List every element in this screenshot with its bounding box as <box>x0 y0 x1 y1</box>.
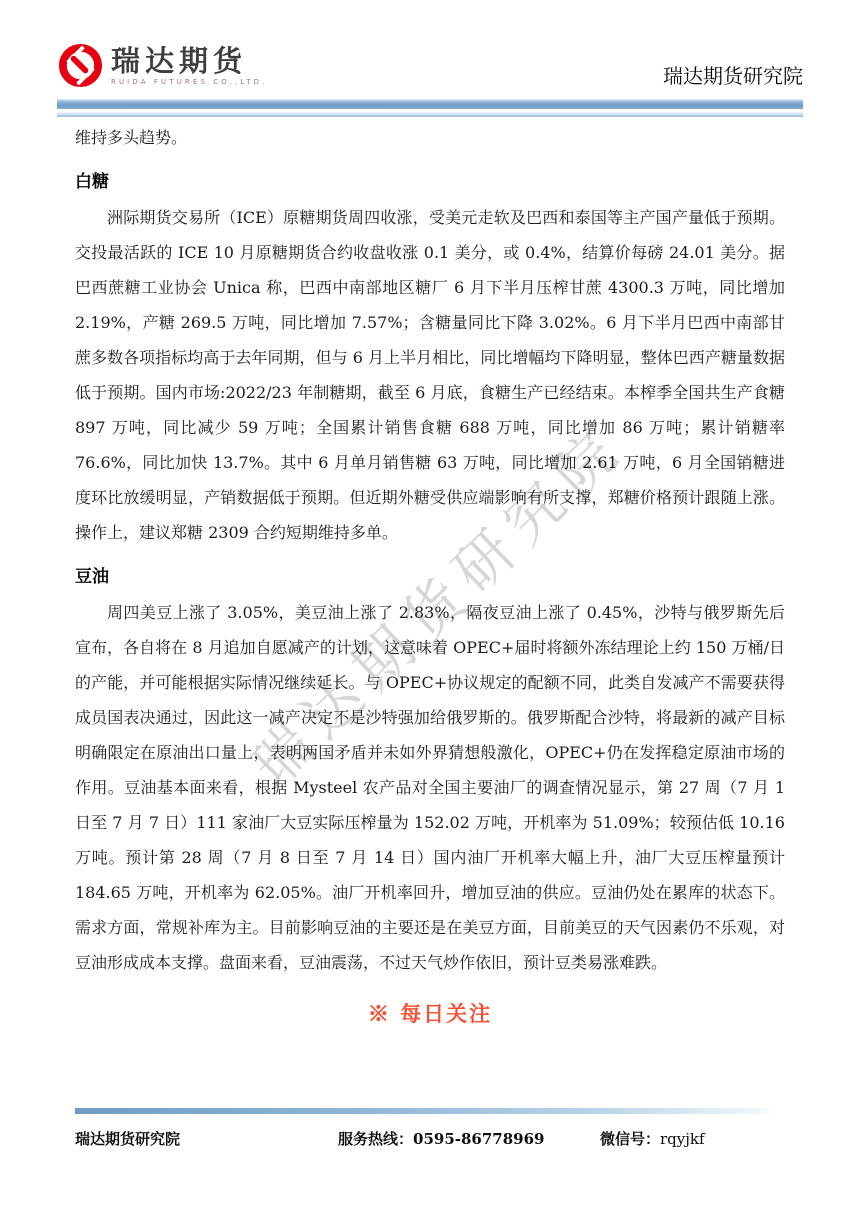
logo-brand-text: 瑞达期货 <box>111 45 267 77</box>
footer-institute: 瑞达期货研究院 <box>75 1124 180 1154</box>
ruida-logo-icon <box>57 42 104 89</box>
logo-subtitle-text: RUIDA FUTURES CO.,LTD. <box>111 78 267 86</box>
footer-hotline-number: 0595-86778969 <box>413 1130 544 1148</box>
header-institute-title: 瑞达期货研究院 <box>663 64 803 88</box>
section-heading-soybean-oil: 豆油 <box>75 560 785 595</box>
company-logo: 瑞达期货 RUIDA FUTURES CO.,LTD. <box>57 42 267 89</box>
section-paragraph-soybean-oil: 周四美豆上涨了 3.05%，美豆油上涨了 2.83%，隔夜豆油上涨了 0.45%… <box>75 595 785 980</box>
footer-wechat: 微信号：rqyjkf <box>600 1124 705 1154</box>
footer-wechat-id: rqyjkf <box>660 1130 705 1148</box>
document-page: 瑞达期货 RUIDA FUTURES CO.,LTD. 瑞达期货研究院 瑞达期货… <box>0 0 860 1217</box>
footer-wechat-label: 微信号： <box>600 1130 660 1148</box>
report-body: 维持多头趋势。 白糖 洲际期货交易所（ICE）原糖期货周四收涨，受美元走软及巴西… <box>75 120 785 1031</box>
logo-text-stack: 瑞达期货 RUIDA FUTURES CO.,LTD. <box>111 45 267 86</box>
page-footer: 瑞达期货研究院 服务热线：0595-86778969 微信号：rqyjkf <box>0 1124 860 1154</box>
intro-continuation-line: 维持多头趋势。 <box>75 120 785 155</box>
section-paragraph-sugar: 洲际期货交易所（ICE）原糖期货周四收涨，受美元走软及巴西和泰国等主产国产量低于… <box>75 200 785 550</box>
footer-hotline-label: 服务热线： <box>338 1130 413 1148</box>
footer-hotline: 服务热线：0595-86778969 <box>338 1124 545 1154</box>
daily-focus-heading: ※ 每日关注 <box>75 996 785 1031</box>
footer-rule-bar <box>75 1108 775 1114</box>
header-rule-bar-main <box>57 99 803 109</box>
section-heading-sugar: 白糖 <box>75 165 785 200</box>
page-header: 瑞达期货 RUIDA FUTURES CO.,LTD. 瑞达期货研究院 <box>57 42 803 89</box>
header-rule-bar-sub <box>57 112 803 117</box>
